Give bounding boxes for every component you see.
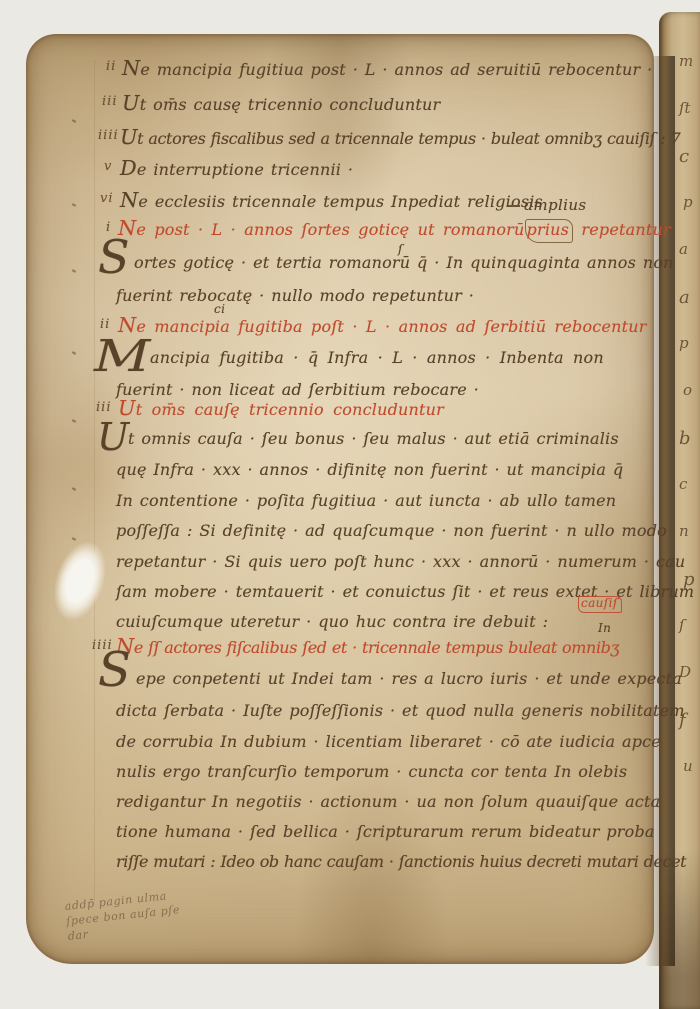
text-line: cuiuſcumque uteretur · quo huc contra ir… xyxy=(116,613,548,631)
photo-background: m ſt c p a a p o b c n p ſ D f u ii Ne xyxy=(0,0,700,1009)
chapter-initial: M xyxy=(94,338,151,375)
parchment-hole xyxy=(45,535,116,628)
facing-text-fragment: c xyxy=(679,477,695,524)
text-line: epe conpetenti ut Indei tam · res a lucr… xyxy=(136,670,682,688)
text-line: repetantur · Si quis uero poſt hunc · xx… xyxy=(116,553,685,571)
text-line: quę Infra · xxx · annos · difinitę non f… xyxy=(116,461,623,479)
rubric-text: Ne post · L · annos ſortes goticę ut rom… xyxy=(118,217,525,241)
interlinear-correction: amplius xyxy=(508,197,587,214)
text-line: ancipia fugitiba · q̄ Infra · L · annos … xyxy=(150,349,604,367)
ruling-line xyxy=(94,60,95,902)
facing-text-fragment: m xyxy=(679,54,695,101)
text-line: nulis ergo tranſcurſio temporum · cuncta… xyxy=(116,763,627,781)
boxed-word: prius xyxy=(525,219,574,243)
text-line: poſſeſſa : Si definitę · ad quaſcumque ·… xyxy=(116,522,667,540)
facing-text-fragment: o xyxy=(683,383,695,430)
facing-text-fragment: ſt xyxy=(679,101,695,148)
facing-page-text-fragments: m ſt c p a a p o b c n p ſ D f u xyxy=(679,54,695,806)
text-line: t omnis cauſa · ſeu bonus · ſeu malus · … xyxy=(128,430,619,448)
interlinear-letter: In xyxy=(598,622,611,636)
text-line: de corrubia In dubium · licentiam libera… xyxy=(116,733,661,751)
rubric-heading: Ne mancipia fugitiba poſt · L · annos ad… xyxy=(118,314,647,338)
chapter-initial: S xyxy=(98,238,130,277)
text-line: In contentione · poſita fugitiua · aut i… xyxy=(116,492,616,510)
rubric-correction: cauſiſ xyxy=(578,596,622,613)
text-line: riſſe mutari : Ideo ob hanc cauſam · ſan… xyxy=(116,853,686,871)
text-line: tione humana · ſed bellica · ſcripturaru… xyxy=(116,823,655,841)
capitulum-numeral: vi xyxy=(100,192,114,207)
chapter-numeral: iii xyxy=(96,401,111,416)
capitulum-line: Ne ecclesiis tricennale tempus Inpediat … xyxy=(120,189,543,213)
text-line: redigantur In negotiis · actionum · ua n… xyxy=(116,793,660,811)
text-line: ortes goticę · et tertia romanorū q̄ · I… xyxy=(134,254,674,272)
text-line: dicta ſerbata · Iuſte poſſeſſionis · et … xyxy=(116,702,685,720)
rubric-heading: Ut om̄s cauſę tricennio concluduntur xyxy=(118,397,444,421)
pricking-marks xyxy=(72,120,78,540)
capitulum-numeral: ii xyxy=(106,60,116,75)
chapter-initial: U xyxy=(97,421,129,453)
capitulum-numeral: iii xyxy=(102,95,117,110)
facing-text-fragment: p xyxy=(683,195,695,242)
facing-text-fragment: a xyxy=(679,289,695,336)
rubric-heading: Ne ſſ actores fiſcalibus ſed et · tricen… xyxy=(116,635,619,659)
rubric-text: repetantur xyxy=(573,220,671,239)
facing-text-fragment: p xyxy=(679,336,695,383)
chapter-initial: S xyxy=(98,650,131,691)
facing-text-fragment: b xyxy=(679,430,695,477)
capitulum-numeral: v xyxy=(104,160,112,175)
capitulum-line: Ne mancipia fugitiua post · L · annos ad… xyxy=(122,57,652,81)
capitulum-line: Ut actores fiscalibus sed a tricennale t… xyxy=(120,126,680,150)
rubric-heading: Ne post · L · annos ſortes goticę ut rom… xyxy=(118,217,671,241)
capitulum-line: Ut om̄s causę tricennio concluduntur xyxy=(122,92,440,116)
facing-text-fragment: c xyxy=(679,148,695,195)
text-line: fuerint rebocatę · nullo modo repetuntur… xyxy=(116,287,474,305)
facing-text-fragment: a xyxy=(679,242,695,289)
capitulum-numeral: iiii xyxy=(98,129,119,144)
facing-text-fragment: ſ xyxy=(679,618,695,665)
facing-text-fragment: u xyxy=(683,759,695,806)
capitulum-line: De interruptione tricennii · xyxy=(120,157,353,181)
